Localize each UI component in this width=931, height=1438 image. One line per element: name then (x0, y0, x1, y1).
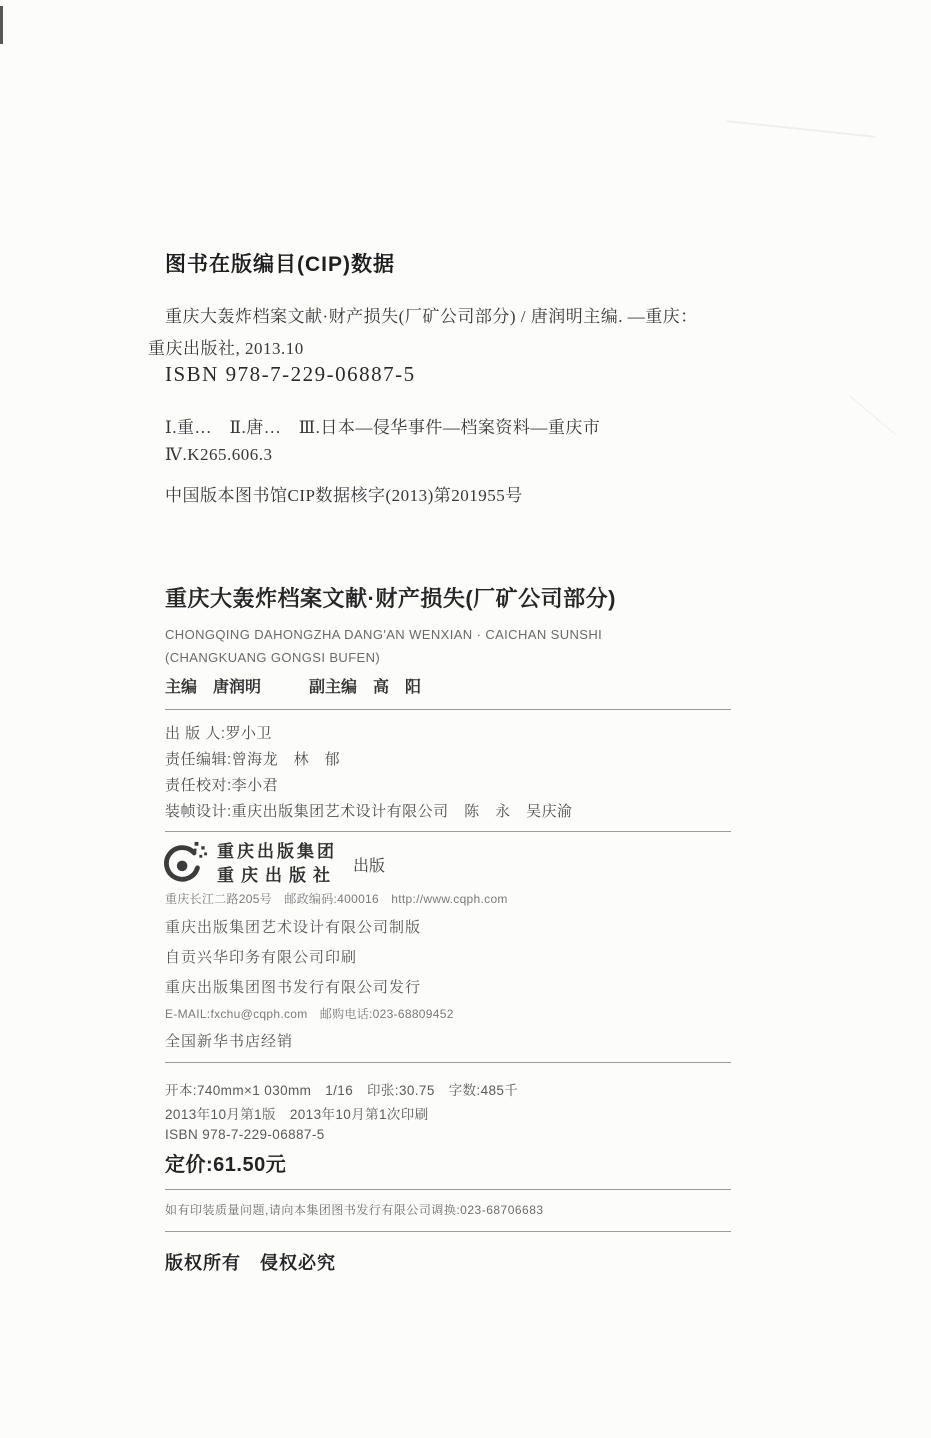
publisher-address-line: 重庆长江二路205号 邮政编码:400016 http://www.cqph.c… (165, 890, 731, 907)
quality-notice-line: 如有印装质量问题,请向本集团图书发行有限公司调换:023-68706683 (165, 1201, 731, 1218)
divider-rule (165, 1062, 731, 1063)
cip-header: 图书在版编目(CIP)数据 (165, 248, 731, 278)
distributor-line: 重庆出版集团图书发行有限公司发行 (165, 976, 731, 997)
seller-line: 全国新华书店经销 (165, 1030, 731, 1051)
cip-entry-line2: 重庆出版社, 2013.10 (148, 334, 714, 359)
cip-record-number: 中国版本图书馆CIP数据核字(2013)第201955号 (165, 481, 731, 506)
chongqing-publishing-group-logo-icon (162, 840, 208, 891)
copyright-page: 图书在版编目(CIP)数据 重庆大轰炸档案文献·财产损失(厂矿公司部分) / 唐… (0, 0, 931, 1438)
publishing-group-name: 重庆出版集团 (217, 840, 337, 864)
book-title: 重庆大轰炸档案文献·财产损失(厂矿公司部分) (165, 582, 731, 613)
printer-line: 自贡兴华印务有限公司印刷 (165, 946, 731, 967)
divider-rule (165, 1231, 731, 1232)
cip-classification-line1: Ⅰ.重… Ⅱ.唐… Ⅲ.日本—侵华事件—档案资料—重庆市 (165, 413, 731, 438)
price-line: 定价:61.50元 (165, 1148, 731, 1177)
cip-classification-line2: Ⅳ.K265.606.3 (165, 445, 731, 465)
book-title-pinyin-line1: CHONGQING DAHONGZHA DANG'AN WENXIAN · CA… (165, 627, 731, 642)
cip-isbn: ISBN 978-7-229-06887-5 (165, 362, 731, 387)
designer-line: 装帧设计:重庆出版集团艺术设计有限公司 陈 永 吴庆渝 (165, 800, 731, 821)
edition-line: 2013年10月第1版 2013年10月第1次印刷 (165, 1103, 731, 1123)
book-title-pinyin-line2: (CHANGKUANG GONGSI BUFEN) (165, 650, 731, 665)
divider-rule (165, 831, 731, 832)
cip-entry-line1: 重庆大轰炸档案文献·财产损失(厂矿公司部分) / 唐润明主编. —重庆： (165, 302, 731, 327)
plate-maker-line: 重庆出版集团艺术设计有限公司制版 (165, 916, 731, 937)
responsible-editor-line: 责任编辑:曾海龙 林 郁 (165, 748, 731, 769)
publish-label: 出版 (353, 853, 385, 876)
format-spec-line: 开本:740mm×1 030mm 1/16 印张:30.75 字数:485千 (165, 1079, 731, 1099)
isbn-line: ISBN 978-7-229-06887-5 (165, 1127, 731, 1142)
email-phone-line: E-MAIL:fxchu@cqph.com 邮购电话:023-68809452 (165, 1005, 731, 1022)
proofreader-line: 责任校对:李小君 (165, 774, 731, 795)
publisher-block: 重庆出版集团 重庆出版社 出版 (162, 840, 385, 891)
paper-crease-small (850, 396, 897, 435)
paper-crease (726, 120, 875, 138)
copyright-statement: 版权所有 侵权必究 (165, 1249, 731, 1275)
press-name: 重庆出版社 (217, 864, 337, 888)
scan-edge-artifact (0, 6, 3, 44)
editors-line: 主编 唐润明 副主编 高 阳 (165, 674, 731, 697)
publisher-person-line: 出 版 人:罗小卫 (165, 722, 731, 743)
divider-rule (165, 709, 731, 710)
divider-rule (165, 1189, 731, 1190)
publisher-names: 重庆出版集团 重庆出版社 (217, 840, 337, 888)
